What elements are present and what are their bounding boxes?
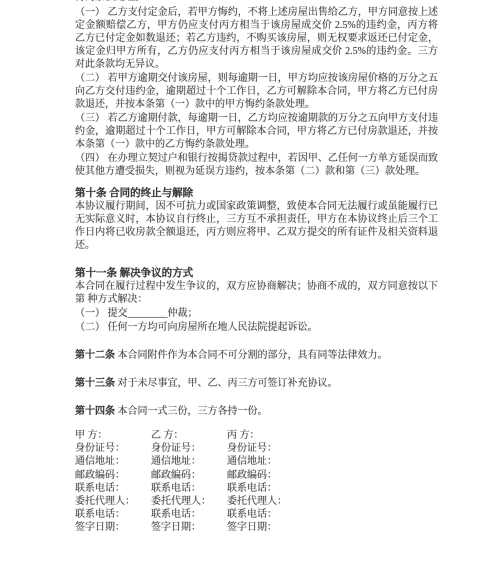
contract-paragraph: 本合同在履行过程中发生争议的，双方应协商解决；协商不成的，双方同意按以下第 种方… [75, 280, 438, 306]
signature-field-label: 联系电话： [227, 508, 277, 521]
clause-line: 第十三条 对于未尽事宜，甲、乙、丙三方可签订补充协议。 [75, 377, 438, 390]
signature-row: 通信地址：通信地址：通信地址： [75, 455, 438, 468]
contract-paragraph: （二） 若甲方逾期交付该房屋，则每逾期一日，甲方均应按该房屋价格的万分之五向乙方… [75, 72, 438, 111]
clause-number: 第十二条 [75, 350, 115, 361]
signature-row: 联系电话：联系电话：联系电话： [75, 508, 438, 521]
contract-paragraph: （三） 若乙方逾期付款，每逾期一日，乙方均应按逾期款的万分之五向甲方支付违约金，… [75, 112, 438, 151]
signature-row: 签字日期：签字日期：签字日期： [75, 521, 438, 534]
signature-field-label: 通信地址： [227, 455, 277, 468]
signature-field-label: 签字日期： [75, 521, 151, 534]
clause-number: 第十三条 [75, 378, 115, 389]
contract-paragraph: 本协议履行期间，因不可抗力或国家政策调整，致使本合同无法履行或虽能履行已无实际意… [75, 200, 438, 252]
blank-line [75, 391, 438, 405]
signature-field-label: 签字日期： [151, 521, 227, 534]
signature-field-label: 联系电话： [227, 482, 277, 495]
blank-line [75, 253, 438, 267]
clipped-previous-line-text: 悔约条款处理。 [75, 0, 438, 3]
signature-field-label: 委托代理人： [227, 495, 287, 508]
signature-field-label: 邮政编码： [75, 469, 151, 482]
signature-field-label: 委托代理人： [151, 495, 227, 508]
clipped-previous-line: 悔约条款处理。 [75, 0, 438, 4]
clause-text: 本合同附件作为本合同不可分割的部分，具有同等法律效力。 [118, 350, 388, 361]
signature-field-label: 邮政编码： [151, 469, 227, 482]
signature-field-label: 通信地址： [151, 455, 227, 468]
signature-field-label: 委托代理人： [75, 495, 151, 508]
contract-document-page: 悔约条款处理。 （一） 乙方支付定金后，若甲方悔约，不将上述房屋出售给乙方，甲方… [0, 0, 500, 565]
clause-line: 第十二条 本合同附件作为本合同不可分割的部分，具有同等法律效力。 [75, 349, 438, 362]
contract-paragraph: （一） 提交________仲裁； [75, 307, 438, 320]
clause-text: 本合同一式三份，三方各持一份。 [118, 406, 268, 417]
signature-field-label: 乙 方： [151, 429, 227, 442]
section-heading: 第十条 合同的终止与解除 [75, 187, 438, 200]
clause-number: 第十四条 [75, 406, 115, 417]
clause-text: 对于未尽事宜，甲、乙、丙三方可签订补充协议。 [118, 378, 338, 389]
contract-body: （一） 乙方支付定金后，若甲方悔约，不将上述房屋出售给乙方，甲方同意按上述定金额… [75, 6, 438, 418]
contract-paragraph: （一） 乙方支付定金后，若甲方悔约，不将上述房屋出售给乙方，甲方同意按上述定金额… [75, 6, 438, 71]
signature-field-label: 甲 方： [75, 429, 151, 442]
contract-paragraph: （二） 任何一方均可向房屋所在地人民法院提起诉讼。 [75, 321, 438, 334]
section-heading: 第十一条 解决争议的方式 [75, 267, 438, 280]
clause-line: 第十四条 本合同一式三份，三方各持一份。 [75, 405, 438, 418]
signature-row: 甲 方：乙 方：丙 方： [75, 429, 438, 442]
signature-field-label: 联系电话： [75, 482, 151, 495]
blank-line [75, 179, 438, 187]
contract-paragraph: （四） 在办理立契过户和银行按揭贷款过程中，若因甲、乙任何一方单方延误而致使其他… [75, 152, 438, 178]
signature-field-label: 联系电话： [151, 508, 227, 521]
signature-field-label: 联系电话： [151, 482, 227, 495]
signature-field-label: 身份证号： [227, 442, 277, 455]
signature-row: 委托代理人：委托代理人：委托代理人： [75, 495, 438, 508]
signature-field-label: 签字日期： [227, 521, 277, 534]
signature-field-label: 联系电话： [75, 508, 151, 521]
blank-line [75, 335, 438, 349]
signature-field-label: 身份证号： [75, 442, 151, 455]
signature-row: 身份证号：身份证号：身份证号： [75, 442, 438, 455]
blank-line [75, 363, 438, 377]
signature-field-label: 通信地址： [75, 455, 151, 468]
signature-row: 邮政编码：邮政编码：邮政编码： [75, 469, 438, 482]
signature-block: 甲 方：乙 方：丙 方：身份证号：身份证号：身份证号：通信地址：通信地址：通信地… [75, 429, 438, 535]
signature-row: 联系电话：联系电话：联系电话： [75, 482, 438, 495]
signature-field-label: 邮政编码： [227, 469, 277, 482]
contract-body-column: 悔约条款处理。 （一） 乙方支付定金后，若甲方悔约，不将上述房屋出售给乙方，甲方… [75, 0, 438, 535]
signature-field-label: 丙 方： [227, 429, 260, 442]
signature-field-label: 身份证号： [151, 442, 227, 455]
